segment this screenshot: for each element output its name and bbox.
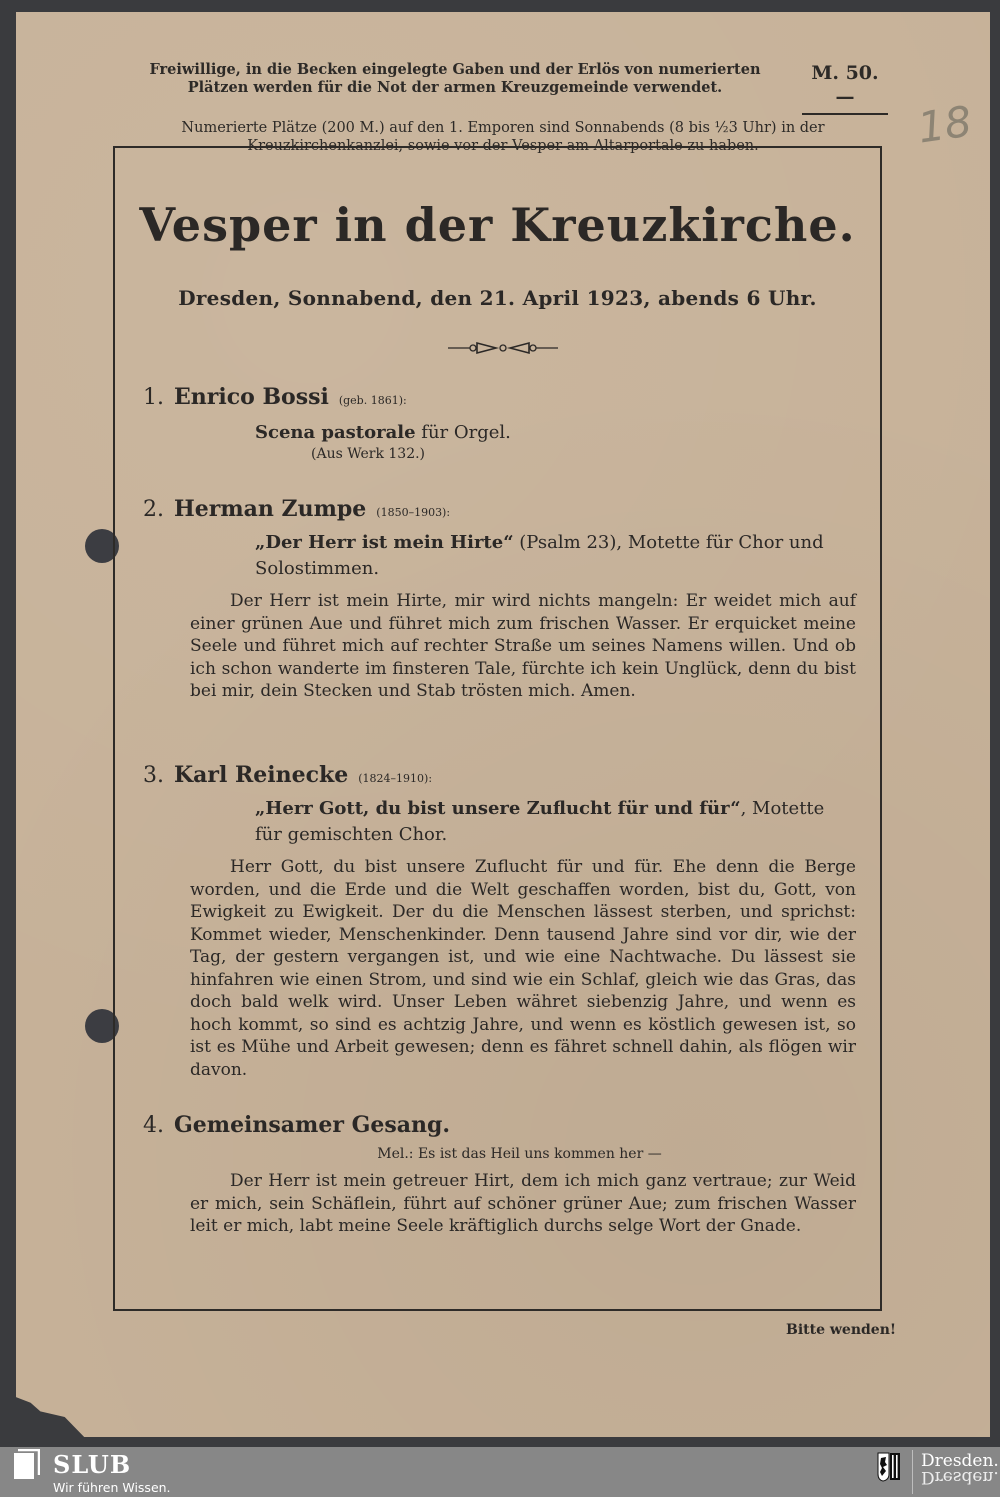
composer-dates: (1850–1903): [376, 506, 450, 519]
dresden-coat-of-arms-icon[interactable] [877, 1452, 901, 1482]
work-title: Scena pastorale [255, 422, 416, 443]
composer-dates: (geb. 1861): [339, 394, 407, 407]
program-item-2: 2. Herman Zumpe (1850–1903): „Der Herr i… [143, 496, 856, 703]
dresden-brand-reflection: Dresden. [921, 1467, 999, 1487]
footer-bar: SLUB Wir führen Wissen. Dresden. Dresden… [0, 1447, 1000, 1497]
composer-name: Karl Reinecke [174, 762, 348, 788]
program-item-1: 1. Enrico Bossi (geb. 1861): Scena pasto… [143, 384, 856, 462]
composer-name: Enrico Bossi [174, 384, 329, 410]
work-title: „Der Herr ist mein Hirte“ [255, 532, 514, 553]
item-number: 3. [143, 763, 164, 788]
item-number: 4. [143, 1113, 164, 1138]
concert-program-sheet: 18 Freiwillige, in die Becken eingelegte… [16, 12, 990, 1437]
slub-tagline: Wir führen Wissen. [53, 1480, 171, 1495]
slub-logo-icon [14, 1449, 40, 1479]
program-item-4: 4. Gemeinsamer Gesang. Mel.: Es ist das … [143, 1112, 856, 1238]
composer-dates: (1824–1910): [358, 772, 432, 785]
price: M. 50.— [802, 61, 888, 115]
event-date-line: Dresden, Sonnabend, den 21. April 1923, … [115, 286, 880, 310]
opus-note: (Aus Werk 132.) [311, 446, 856, 462]
program-item-3: 3. Karl Reinecke (1824–1910): „Herr Gott… [143, 762, 856, 1081]
program-frame: Vesper in der Kreuzkirche. Dresden, Sonn… [113, 146, 882, 1311]
slub-brand[interactable]: SLUB [53, 1450, 131, 1479]
melody-note: Mel.: Es ist das Heil uns kommen her — [183, 1146, 856, 1162]
donation-note: Freiwillige, in die Becken eingelegte Ga… [118, 61, 802, 97]
section-title: Gemeinsamer Gesang. [174, 1112, 450, 1138]
hymn-text: Der Herr ist mein getreuer Hirt, dem ich… [190, 1170, 856, 1238]
lyrics-text: Der Herr ist mein Hirte, mir wird nichts… [190, 590, 856, 703]
work-line: „Der Herr ist mein Hirte“ (Psalm 23), Mo… [255, 530, 856, 582]
lyrics-text: Herr Gott, du bist unsere Zuflucht für u… [190, 856, 856, 1081]
work-description: für Orgel. [416, 422, 511, 443]
work-line: Scena pastorale für Orgel. [255, 420, 856, 446]
footer-divider [912, 1450, 913, 1494]
item-number: 1. [143, 385, 164, 410]
ornament-divider-icon [448, 341, 558, 355]
pencil-page-number: 18 [915, 97, 975, 153]
work-title: „Herr Gott, du bist unsere Zuflucht für … [255, 798, 741, 819]
work-line: „Herr Gott, du bist unsere Zuflucht für … [255, 796, 856, 848]
page-title: Vesper in der Kreuzkirche. [115, 198, 880, 252]
item-number: 2. [143, 497, 164, 522]
composer-name: Herman Zumpe [174, 496, 366, 522]
please-turn-note: Bitte wenden! [786, 1322, 896, 1338]
admission-notice: Freiwillige, in die Becken eingelegte Ga… [118, 61, 888, 155]
